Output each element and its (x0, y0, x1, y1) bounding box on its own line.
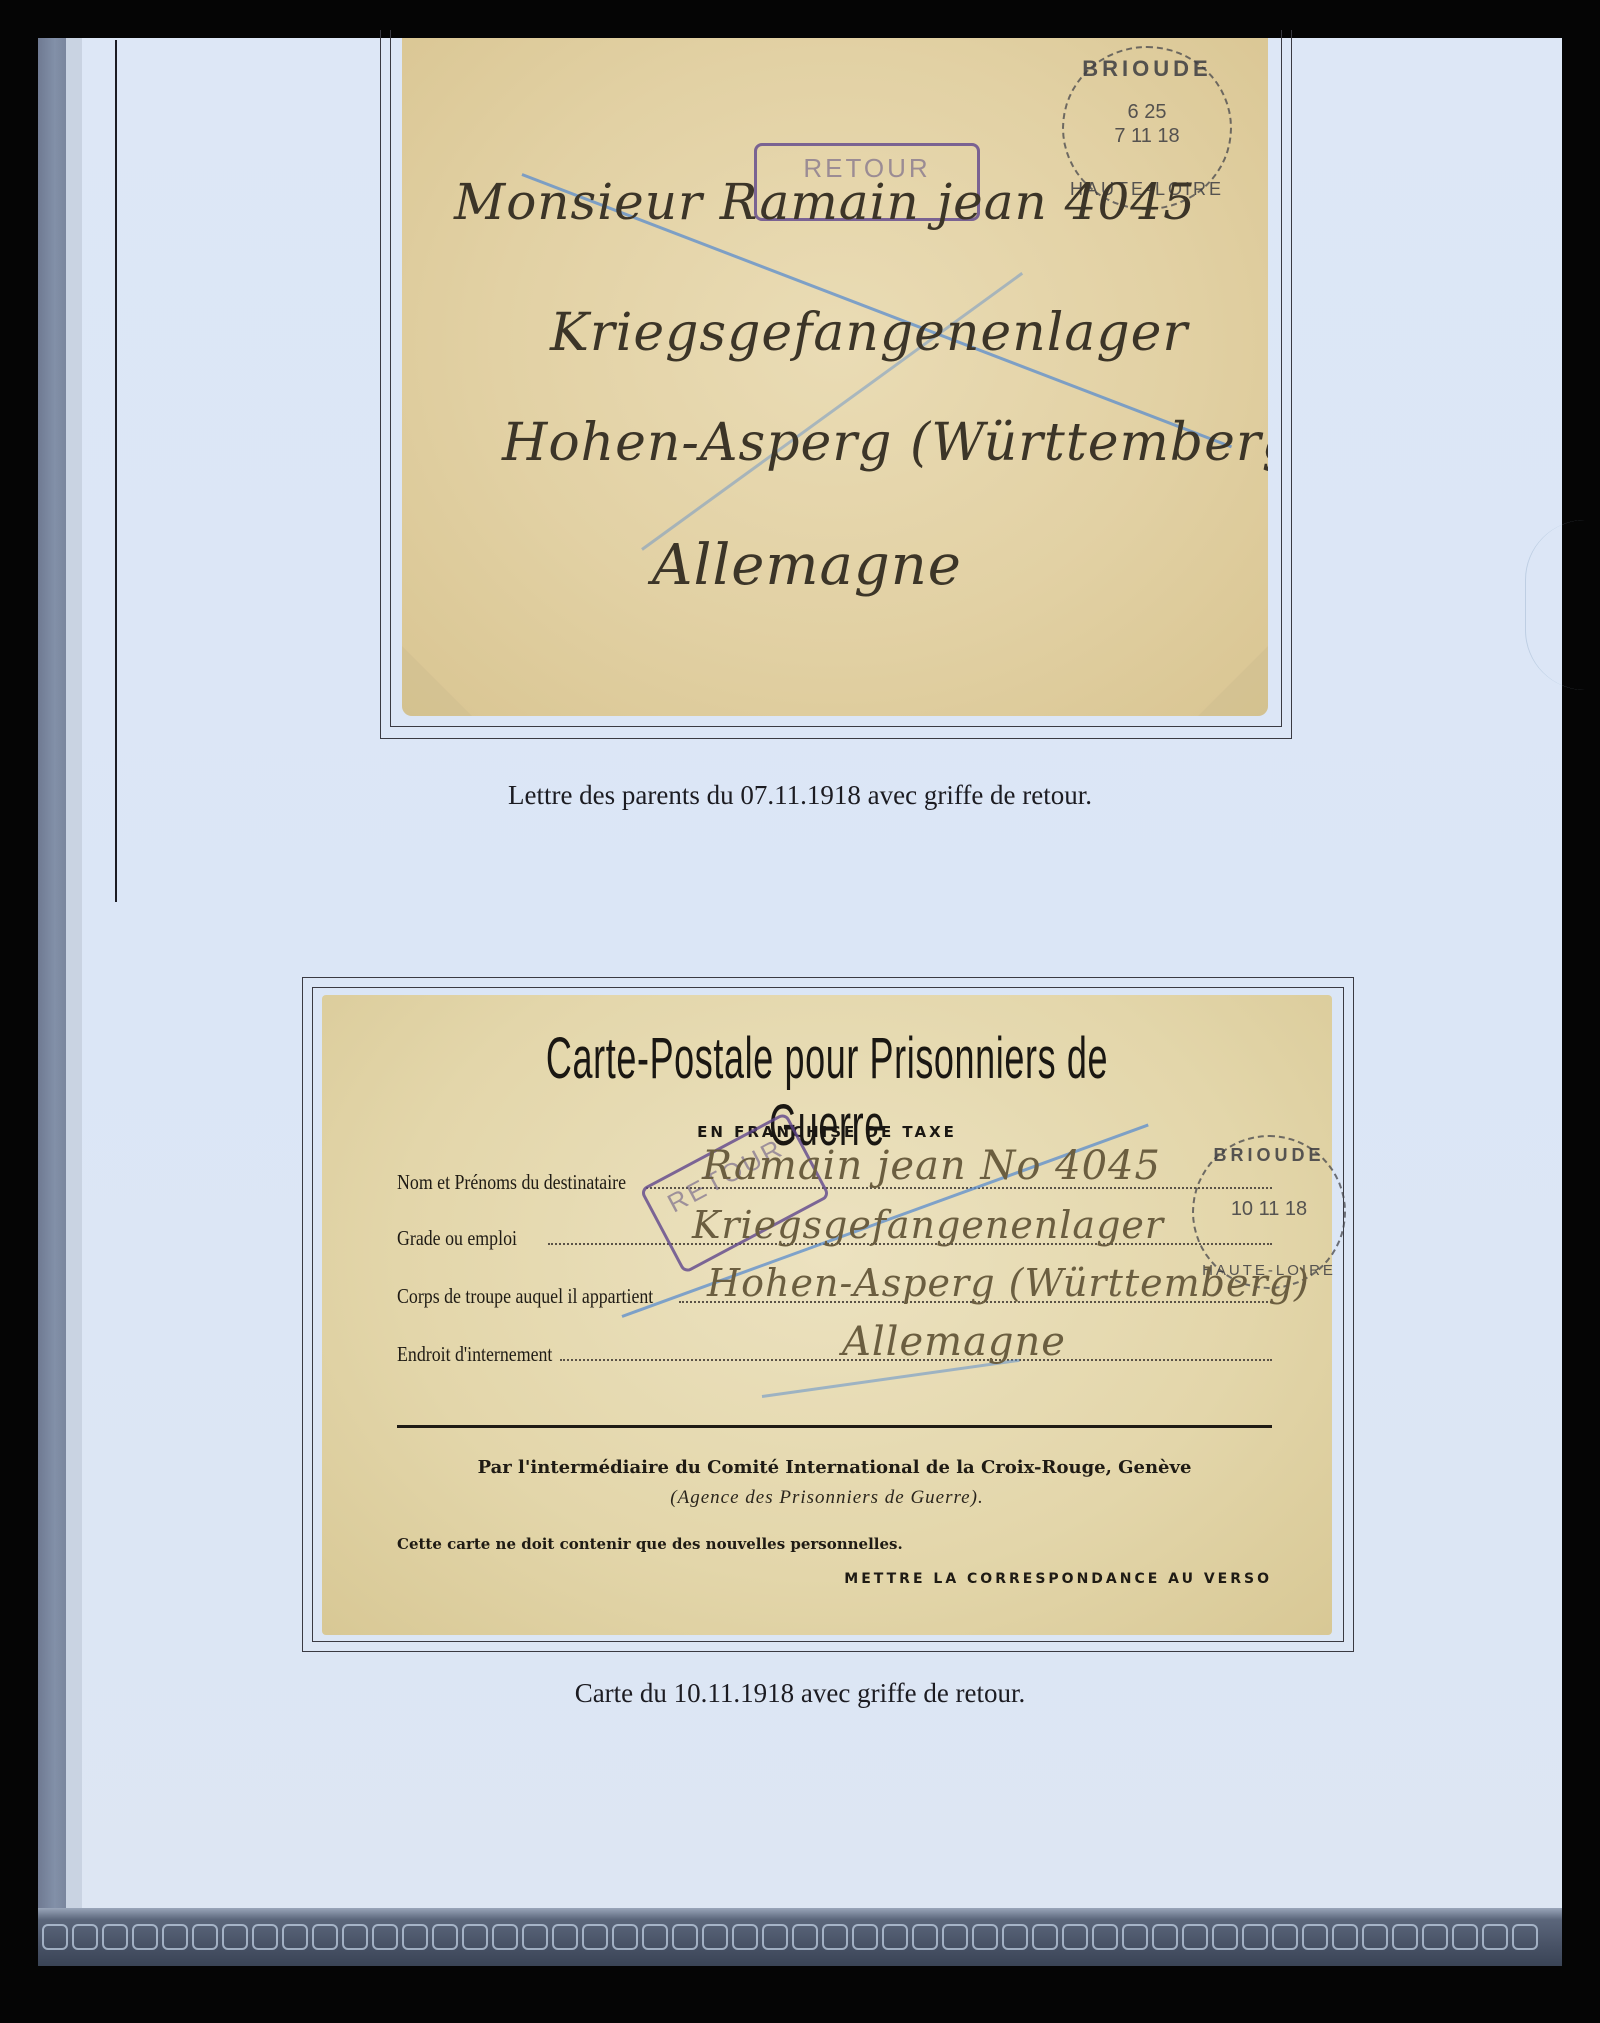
sleeve-hole (1272, 1924, 1298, 1950)
verso-instruction: METTRE LA CORRESPONDANCE AU VERSO (844, 1571, 1272, 1587)
sleeve-hole (792, 1924, 818, 1950)
postcard: Carte-Postale pour Prisonniers de Guerre… (322, 995, 1332, 1635)
sleeve-hole (1242, 1924, 1268, 1950)
handwritten-value: Hohen-Asperg (Württemberg) (707, 1261, 1310, 1305)
sleeve-hole (1002, 1924, 1028, 1950)
sleeve-hole (1362, 1924, 1388, 1950)
sleeve-hole (1302, 1924, 1328, 1950)
sleeve-hole (1452, 1924, 1478, 1950)
sleeve-hole (1512, 1924, 1538, 1950)
notice-text: Cette carte ne doit contenir que des nou… (397, 1535, 903, 1553)
envelope-caption: Lettre des parents du 07.11.1918 avec gr… (0, 780, 1600, 811)
address-line: Hohen-Asperg (Württemberg) (502, 413, 1268, 473)
sleeve-hole (972, 1924, 998, 1950)
sleeve-hole (1422, 1924, 1448, 1950)
sleeve-hole (492, 1924, 518, 1950)
postcard-subtitle: EN FRANCHISE DE TAXE (322, 1123, 1332, 1141)
postmark-town: BRIOUDE (1064, 56, 1230, 82)
sleeve-hole (1152, 1924, 1178, 1950)
sleeve-hole (42, 1924, 68, 1950)
handwritten-value: Kriegsgefangenenlager (692, 1203, 1164, 1247)
envelope: RETOUR BRIOUDE 6 25 7 11 18 HAUTE-LOIRE … (402, 38, 1268, 716)
handwritten-value: Ramain jean No 4045 (702, 1143, 1161, 1189)
sleeve-hole (702, 1924, 728, 1950)
mount-corner (402, 646, 472, 716)
sleeve-hole (552, 1924, 578, 1950)
sleeve-hole (1122, 1924, 1148, 1950)
address-line: Monsieur Ramain jean 4045 (454, 173, 1196, 231)
sleeve-hole (192, 1924, 218, 1950)
sleeve-perforation-strip (38, 1908, 1562, 1966)
sleeve-hole (252, 1924, 278, 1950)
handwritten-value: Allemagne (842, 1319, 1066, 1365)
sleeve-hole (642, 1924, 668, 1950)
sleeve-hole (282, 1924, 308, 1950)
sleeve-hole (342, 1924, 368, 1950)
sleeve-hole (462, 1924, 488, 1950)
sleeve-hole (1212, 1924, 1238, 1950)
sleeve-hole (912, 1924, 938, 1950)
sleeve-hole (1092, 1924, 1118, 1950)
sleeve-hole (432, 1924, 458, 1950)
postmark-date: 6 25 7 11 18 (1064, 100, 1230, 148)
album-binder-strip (38, 38, 66, 1918)
sleeve-hole (402, 1924, 428, 1950)
postcard-caption: Carte du 10.11.1918 avec griffe de retou… (0, 1678, 1600, 1709)
sleeve-hole (102, 1924, 128, 1950)
intermediary-text: Par l'intermédiaire du Comité Internatio… (397, 1457, 1272, 1478)
sleeve-hole (762, 1924, 788, 1950)
sleeve-hole (372, 1924, 398, 1950)
sleeve-hole (882, 1924, 908, 1950)
sleeve-hole (312, 1924, 338, 1950)
sleeve-hole (222, 1924, 248, 1950)
sleeve-hole (822, 1924, 848, 1950)
sleeve-hole (732, 1924, 758, 1950)
sleeve-hole (672, 1924, 698, 1950)
postcard-rule (397, 1425, 1272, 1428)
margin-rule (115, 40, 117, 902)
sleeve-hole (582, 1924, 608, 1950)
sleeve-hole (1032, 1924, 1058, 1950)
sleeve-hole (1392, 1924, 1418, 1950)
sleeve-hole (72, 1924, 98, 1950)
agency-text: (Agence des Prisonniers de Guerre). (322, 1487, 1332, 1509)
sleeve-hole (132, 1924, 158, 1950)
sleeve-hole (522, 1924, 548, 1950)
field-endroit: Endroit d'internement (397, 1337, 1272, 1367)
sleeve-hole (1182, 1924, 1208, 1950)
sleeve-hole (1332, 1924, 1358, 1950)
mount-corner (1198, 646, 1268, 716)
sleeve-hole (612, 1924, 638, 1950)
sleeve-hole (1062, 1924, 1088, 1950)
sleeve-hole (942, 1924, 968, 1950)
address-line: Kriegsgefangenenlager (550, 303, 1188, 363)
sleeve-hole (852, 1924, 878, 1950)
address-line: Allemagne (652, 533, 962, 598)
sleeve-hole (1482, 1924, 1508, 1950)
sleeve-hole (162, 1924, 188, 1950)
